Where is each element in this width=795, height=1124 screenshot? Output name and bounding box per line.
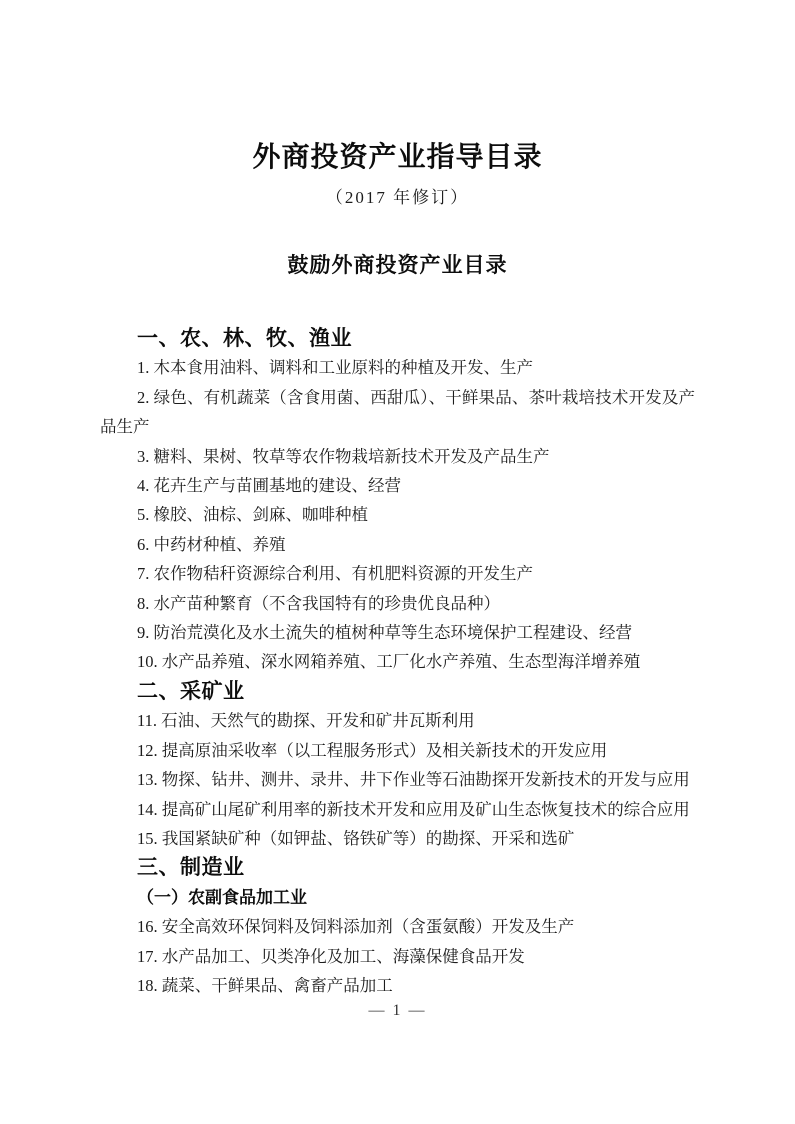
page-number: — 1 —: [0, 1002, 795, 1020]
catalog-item-9: 9. 防治荒漠化及水土流失的植树种草等生态环境保护工程建设、经营: [100, 618, 695, 647]
subsection-heading-agrifood-processing: （一）农副食品加工业: [100, 883, 695, 912]
catalog-item-2: 2. 绿色、有机蔬菜（含食用菌、西甜瓜）、干鲜果品、茶叶栽培技术开发及产品生产: [100, 383, 695, 442]
document-subtitle: （2017 年修订）: [100, 188, 695, 208]
catalog-item-11: 11. 石油、天然气的勘探、开发和矿井瓦斯利用: [100, 706, 695, 735]
catalog-item-1: 1. 木本食用油料、调料和工业原料的种植及开发、生产: [100, 353, 695, 382]
catalog-body: 一、农、林、牧、渔业 1. 木本食用油料、调料和工业原料的种植及开发、生产 2.…: [100, 324, 695, 1000]
catalog-item-16: 16. 安全高效环保饲料及饲料添加剂（含蛋氨酸）开发及生产: [100, 912, 695, 941]
catalog-item-5: 5. 橡胶、油棕、剑麻、咖啡种植: [100, 500, 695, 529]
catalog-item-13: 13. 物探、钻井、测井、录井、井下作业等石油勘探开发新技术的开发与应用: [100, 765, 695, 794]
catalog-item-8: 8. 水产苗种繁育（不含我国特有的珍贵优良品种）: [100, 589, 695, 618]
catalog-item-17: 17. 水产品加工、贝类净化及加工、海藻保健食品开发: [100, 942, 695, 971]
catalog-item-10: 10. 水产品养殖、深水网箱养殖、工厂化水产养殖、生态型海洋增养殖: [100, 647, 695, 676]
catalog-item-3: 3. 糖料、果树、牧草等农作物栽培新技术开发及产品生产: [100, 442, 695, 471]
section-heading-agriculture-forestry: 一、农、林、牧、渔业: [100, 324, 695, 353]
catalog-item-14: 14. 提高矿山尾矿利用率的新技术开发和应用及矿山生态恢复技术的综合应用: [100, 795, 695, 824]
document-title: 外商投资产业指导目录: [100, 140, 695, 174]
catalog-item-4: 4. 花卉生产与苗圃基地的建设、经营: [100, 471, 695, 500]
catalog-item-7: 7. 农作物秸秆资源综合利用、有机肥料资源的开发生产: [100, 559, 695, 588]
catalog-heading: 鼓励外商投资产业目录: [100, 254, 695, 278]
document-page: 外商投资产业指导目录 （2017 年修订） 鼓励外商投资产业目录 一、农、林、牧…: [0, 0, 795, 1124]
catalog-item-18: 18. 蔬菜、干鲜果品、禽畜产品加工: [100, 971, 695, 1000]
catalog-item-12: 12. 提高原油采收率（以工程服务形式）及相关新技术的开发应用: [100, 736, 695, 765]
catalog-item-15: 15. 我国紧缺矿种（如钾盐、铬铁矿等）的勘探、开采和选矿: [100, 824, 695, 853]
catalog-item-6: 6. 中药材种植、养殖: [100, 530, 695, 559]
section-heading-mining: 二、采矿业: [100, 677, 695, 706]
section-heading-manufacturing: 三、制造业: [100, 853, 695, 882]
